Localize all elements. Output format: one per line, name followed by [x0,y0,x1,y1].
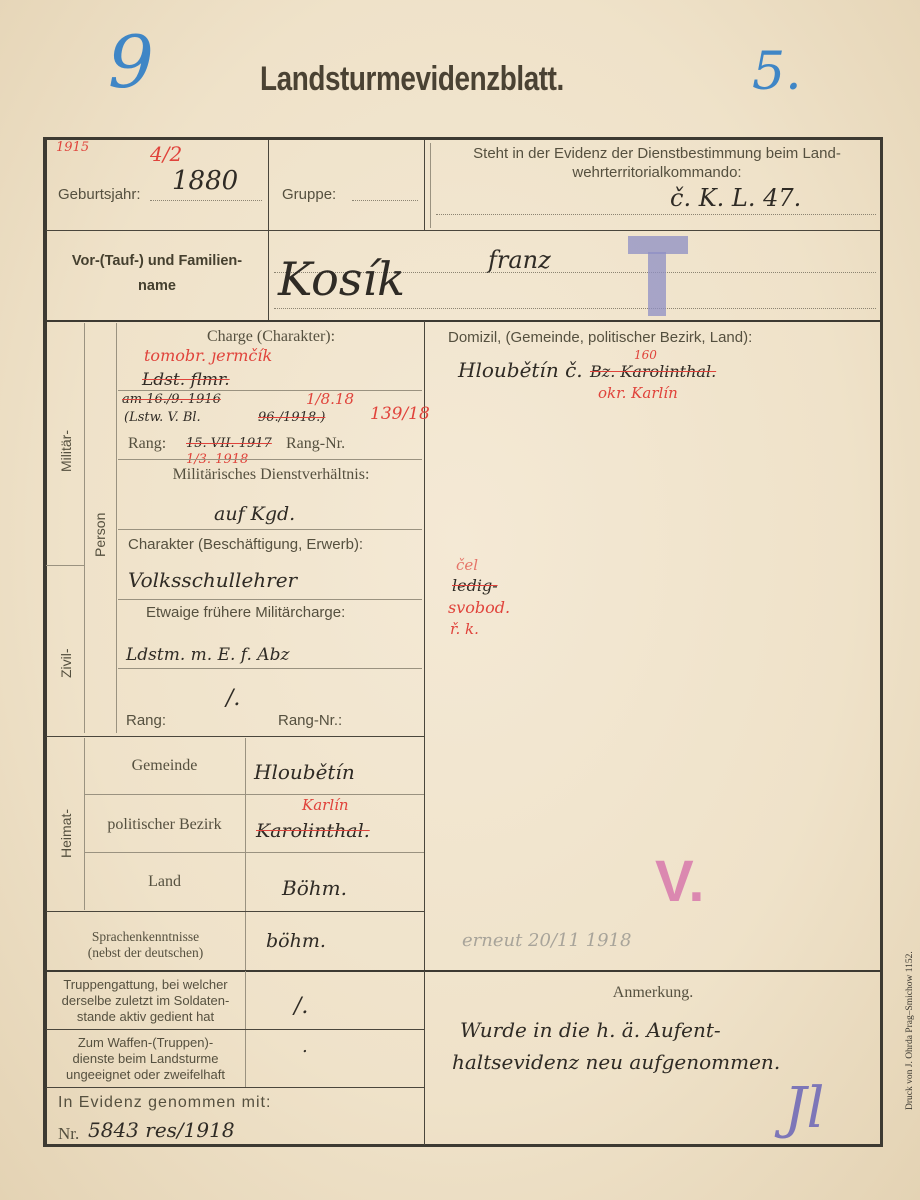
label-civil: Zivil- [58,648,74,678]
civil-rank-label: Rang: [126,712,166,729]
divider [116,323,117,733]
dotted-line [274,308,876,309]
row-divider [46,320,880,322]
civil-rank-value: /. [226,686,240,711]
label-military: Militär- [58,430,74,472]
divider [424,140,425,230]
registered-nr-label: Nr. [58,1124,79,1144]
printer-imprint: Druck von J. Ohrda Prag–Smichow 1152. [905,951,915,1110]
remark-label: Anmerkung. [426,984,880,1002]
divider [84,323,85,733]
corner-mark-left: 9 [108,20,154,104]
divider [84,794,424,795]
registered-label: In Evidenz genommen mit: [58,1094,271,1112]
troops-label-3: stande aktiv gedient hat [46,1009,245,1025]
service-value: auf Kgd. [214,503,295,525]
registered-nr-value: 5843 res/1918 [88,1118,235,1142]
languages-value: böhm. [266,930,326,952]
unfit-label-2: dienste beim Landsturme [46,1051,245,1067]
ref-text: (Lstw. V. Bl. [124,410,201,425]
languages-label-1: Sprachenkenntnisse [46,929,245,945]
service-label: Militärisches Dienstverhältnis: [118,466,424,484]
divider [424,971,425,1145]
home-bezirk-value: Karolinthal. [256,820,370,842]
remark-line-1: Wurde in die h. ä. Aufent- [460,1018,721,1042]
row-divider [46,1029,424,1030]
evidence-label-1: Steht in der Evidenz der Dienstbestimmun… [434,145,880,162]
row-divider [46,736,424,737]
name-label-2: name [46,278,268,294]
character-label: Charakter (Beschäftigung, Erwerb): [128,536,363,553]
former-charge-value: Ldstm. m. E. f. Abz [126,645,289,665]
character-value: Volksschullehrer [128,568,297,592]
divider [430,143,431,228]
date-red: 1/8.18 [306,390,354,408]
ref-red: 139/18 [370,404,430,424]
marital-red: svobod. [448,598,510,617]
ref-struck: 96./1918.) [258,410,325,425]
home-gemeinde-value: Hloubětín [254,760,355,784]
divider [118,599,422,600]
divider [268,140,269,230]
domicile-red-number: 160 [634,348,657,362]
domicile-value: Hloubětín č. [458,358,583,382]
unfit-label-1: Zum Waffen-(Truppen)- [46,1035,245,1051]
divider [118,459,422,460]
surname-value: Kosík [278,252,405,306]
divider [118,529,422,530]
evidence-label-2: wehrterritorialkommando: [434,164,880,181]
rank-nr-label: Rang-Nr. [286,435,345,453]
charge-red: tomobr. ȷermčík [144,346,272,365]
row-divider [46,1087,424,1088]
label-person: Person [92,513,108,557]
domicile-label: Domizil, (Gemeinde, politischer Bezirk, … [448,329,752,346]
former-charge-label: Etwaige frühere Militärcharge: [146,604,345,621]
stamp-t-icon [648,252,666,316]
row-divider [46,230,880,231]
pink-stamp: V. [655,848,704,915]
troops-value: /. [294,994,308,1019]
label-home: Heimat- [58,809,74,858]
home-land-label: Land [84,873,245,891]
dotted-line [436,214,876,215]
charge-label: Charge (Charakter): [118,328,424,346]
group-label: Gruppe: [282,186,336,203]
domicile-struck: Bz. Karolinthal. [590,362,716,381]
divider [118,668,422,669]
home-gemeinde-label: Gemeinde [84,757,245,775]
dotted-line [150,200,262,201]
row-divider [46,970,880,972]
divider [118,390,422,391]
unfit-label-3: ungeeignet oder zweifelhaft [46,1067,245,1083]
name-label-1: Vor-(Tauf-) und Familien- [46,253,268,269]
birth-year-red-note: 4/2 [150,142,182,166]
pencil-note: erneut 20/11 1918 [462,930,631,951]
rank-label: Rang: [128,435,166,453]
domicile-red: okr. Karlín [598,384,678,402]
divider [84,852,424,853]
signature: Jl [784,1076,824,1141]
home-bezirk-correction: Karlín [302,796,349,814]
home-land-value: Böhm. [282,876,347,900]
charge-struck: Ldst. flmr. [142,370,230,390]
troops-label-1: Truppengattung, bei welcher [46,977,245,993]
marital-value: ledig- [452,576,498,595]
marital-red-bottom: ř. k. [450,620,479,638]
divider [245,738,246,970]
civil-rank-nr-label: Rang-Nr.: [278,712,342,729]
document-title: Landsturmevidenzblatt. [260,60,564,99]
birth-year-value: 1880 [172,166,238,196]
row-divider [46,911,424,912]
date-struck: am 16./9. 1916 [122,392,221,407]
troops-label-2: derselbe zuletzt im Soldaten- [46,993,245,1009]
corner-mark-right: 5. [752,42,802,102]
unfit-value: . [302,1036,308,1057]
languages-label-2: (nebst der deutschen) [46,945,245,961]
divider [268,231,269,321]
divider [46,565,84,566]
marital-red-top: čel [456,556,478,574]
birth-year-red-year: 1915 [56,140,89,155]
dotted-line [352,200,418,201]
evidence-value: č. K. L. 47. [670,184,801,212]
remark-line-2: haltsevidenz neu aufgenommen. [452,1050,780,1074]
rank-struck: 15. VII. 1917 [186,436,272,451]
home-bezirk-label: politischer Bezirk [84,816,245,834]
birth-year-label: Geburtsjahr: [58,186,141,203]
first-name-value: franz [488,246,551,274]
